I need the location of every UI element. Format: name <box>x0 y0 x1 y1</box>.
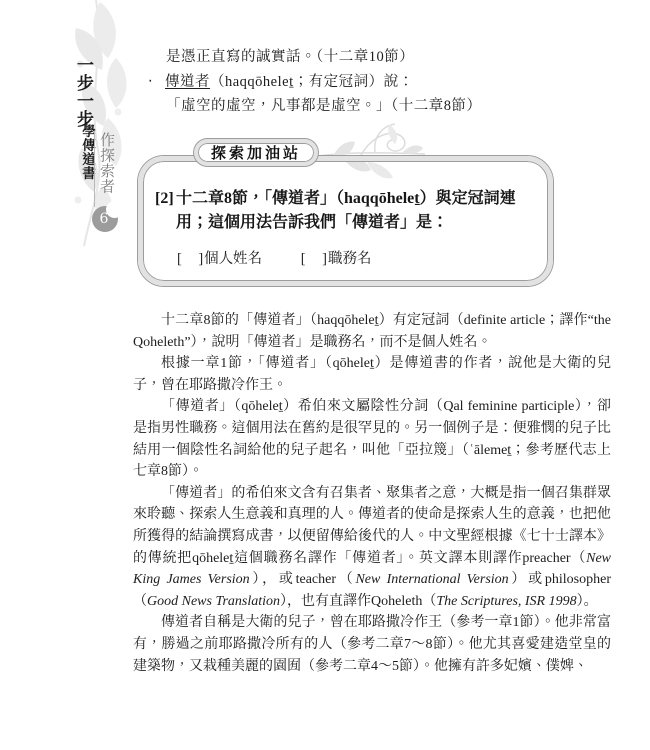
question-number: [2] <box>155 187 176 211</box>
question-line-1: [2]十二章8節，「傳道者」（haqqōheleṯ）與定冠詞連 <box>155 187 547 211</box>
station-title-pill: 探索加油站 <box>194 139 318 166</box>
paragraph-2: 根據一章1節，「傳道者」（qōheleṯ）是傳道書的作者，說他是大衛的兒子，曾在… <box>133 353 611 396</box>
book-page: 一步一步 學傳道書 作探索者 6 是憑正直寫的誠實話。（十二章10節） ‧傳道者… <box>0 0 650 750</box>
intro-line-1: 是憑正直寫的誠實話。（十二章10節） <box>148 45 608 70</box>
checkbox-blank: [ ] <box>301 251 328 267</box>
option-label: 個人姓名 <box>204 251 262 267</box>
sidebar-divider-line <box>94 131 95 207</box>
chapter-number: 6 <box>96 211 112 227</box>
paragraph-5: 傳道者自稱是大衛的兒子，曾在耶路撒冷作王（參考一章1節）。他非常富有，勝過之前耶… <box>133 612 611 677</box>
question-line-1-text: 十二章8節，「傳道者」（haqqōheleṯ）與定冠詞連 <box>176 190 516 207</box>
station-question: [2]十二章8節，「傳道者」（haqqōheleṯ）與定冠詞連 用；這個用法告訴… <box>155 187 547 235</box>
option-office-name: [ ]職務名 <box>301 251 372 267</box>
question-line-2: 用；這個用法告訴我們「傳道者」是： <box>155 211 547 235</box>
paragraph-3: 「傳道者」（qōheleṯ）希伯來文屬陰性分詞（Qal feminine par… <box>133 396 611 482</box>
option-label: 職務名 <box>328 251 372 267</box>
chapter-number-badge: 6 <box>92 206 118 232</box>
option-personal-name: [ ]個人姓名 <box>177 251 262 267</box>
station-title: 探索加油站 <box>211 142 301 163</box>
answer-options: [ ]個人姓名 [ ]職務名 <box>177 247 371 268</box>
paragraph-1: 十二章8節的「傳道者」（haqqōheleṯ）有定冠詞（definite art… <box>133 310 611 353</box>
intro-line-3: 「虛空的虛空，凡事都是虛空。」（十二章8節） <box>148 94 608 119</box>
checkbox-blank: [ ] <box>177 251 204 267</box>
series-title: 一步一步 <box>71 56 96 128</box>
bullet-icon: ‧ <box>148 70 165 95</box>
body-text: 十二章8節的「傳道者」（haqqōheleṯ）有定冠詞（definite art… <box>133 310 611 677</box>
section-label: 作探索者 <box>96 132 117 194</box>
intro-quotes: 是憑正直寫的誠實話。（十二章10節） ‧傳道者（haqqōheleṯ；有定冠詞）… <box>148 45 608 119</box>
intro-line-2-text: 傳道者（haqqōheleṯ；有定冠詞）說： <box>165 74 414 90</box>
paragraph-4: 「傳道者」的希伯來文含有召集者、聚集者之意，大概是指一個召集群眾來聆聽、探索人生… <box>133 483 611 613</box>
intro-line-2: ‧傳道者（haqqōheleṯ；有定冠詞）說： <box>148 70 608 95</box>
